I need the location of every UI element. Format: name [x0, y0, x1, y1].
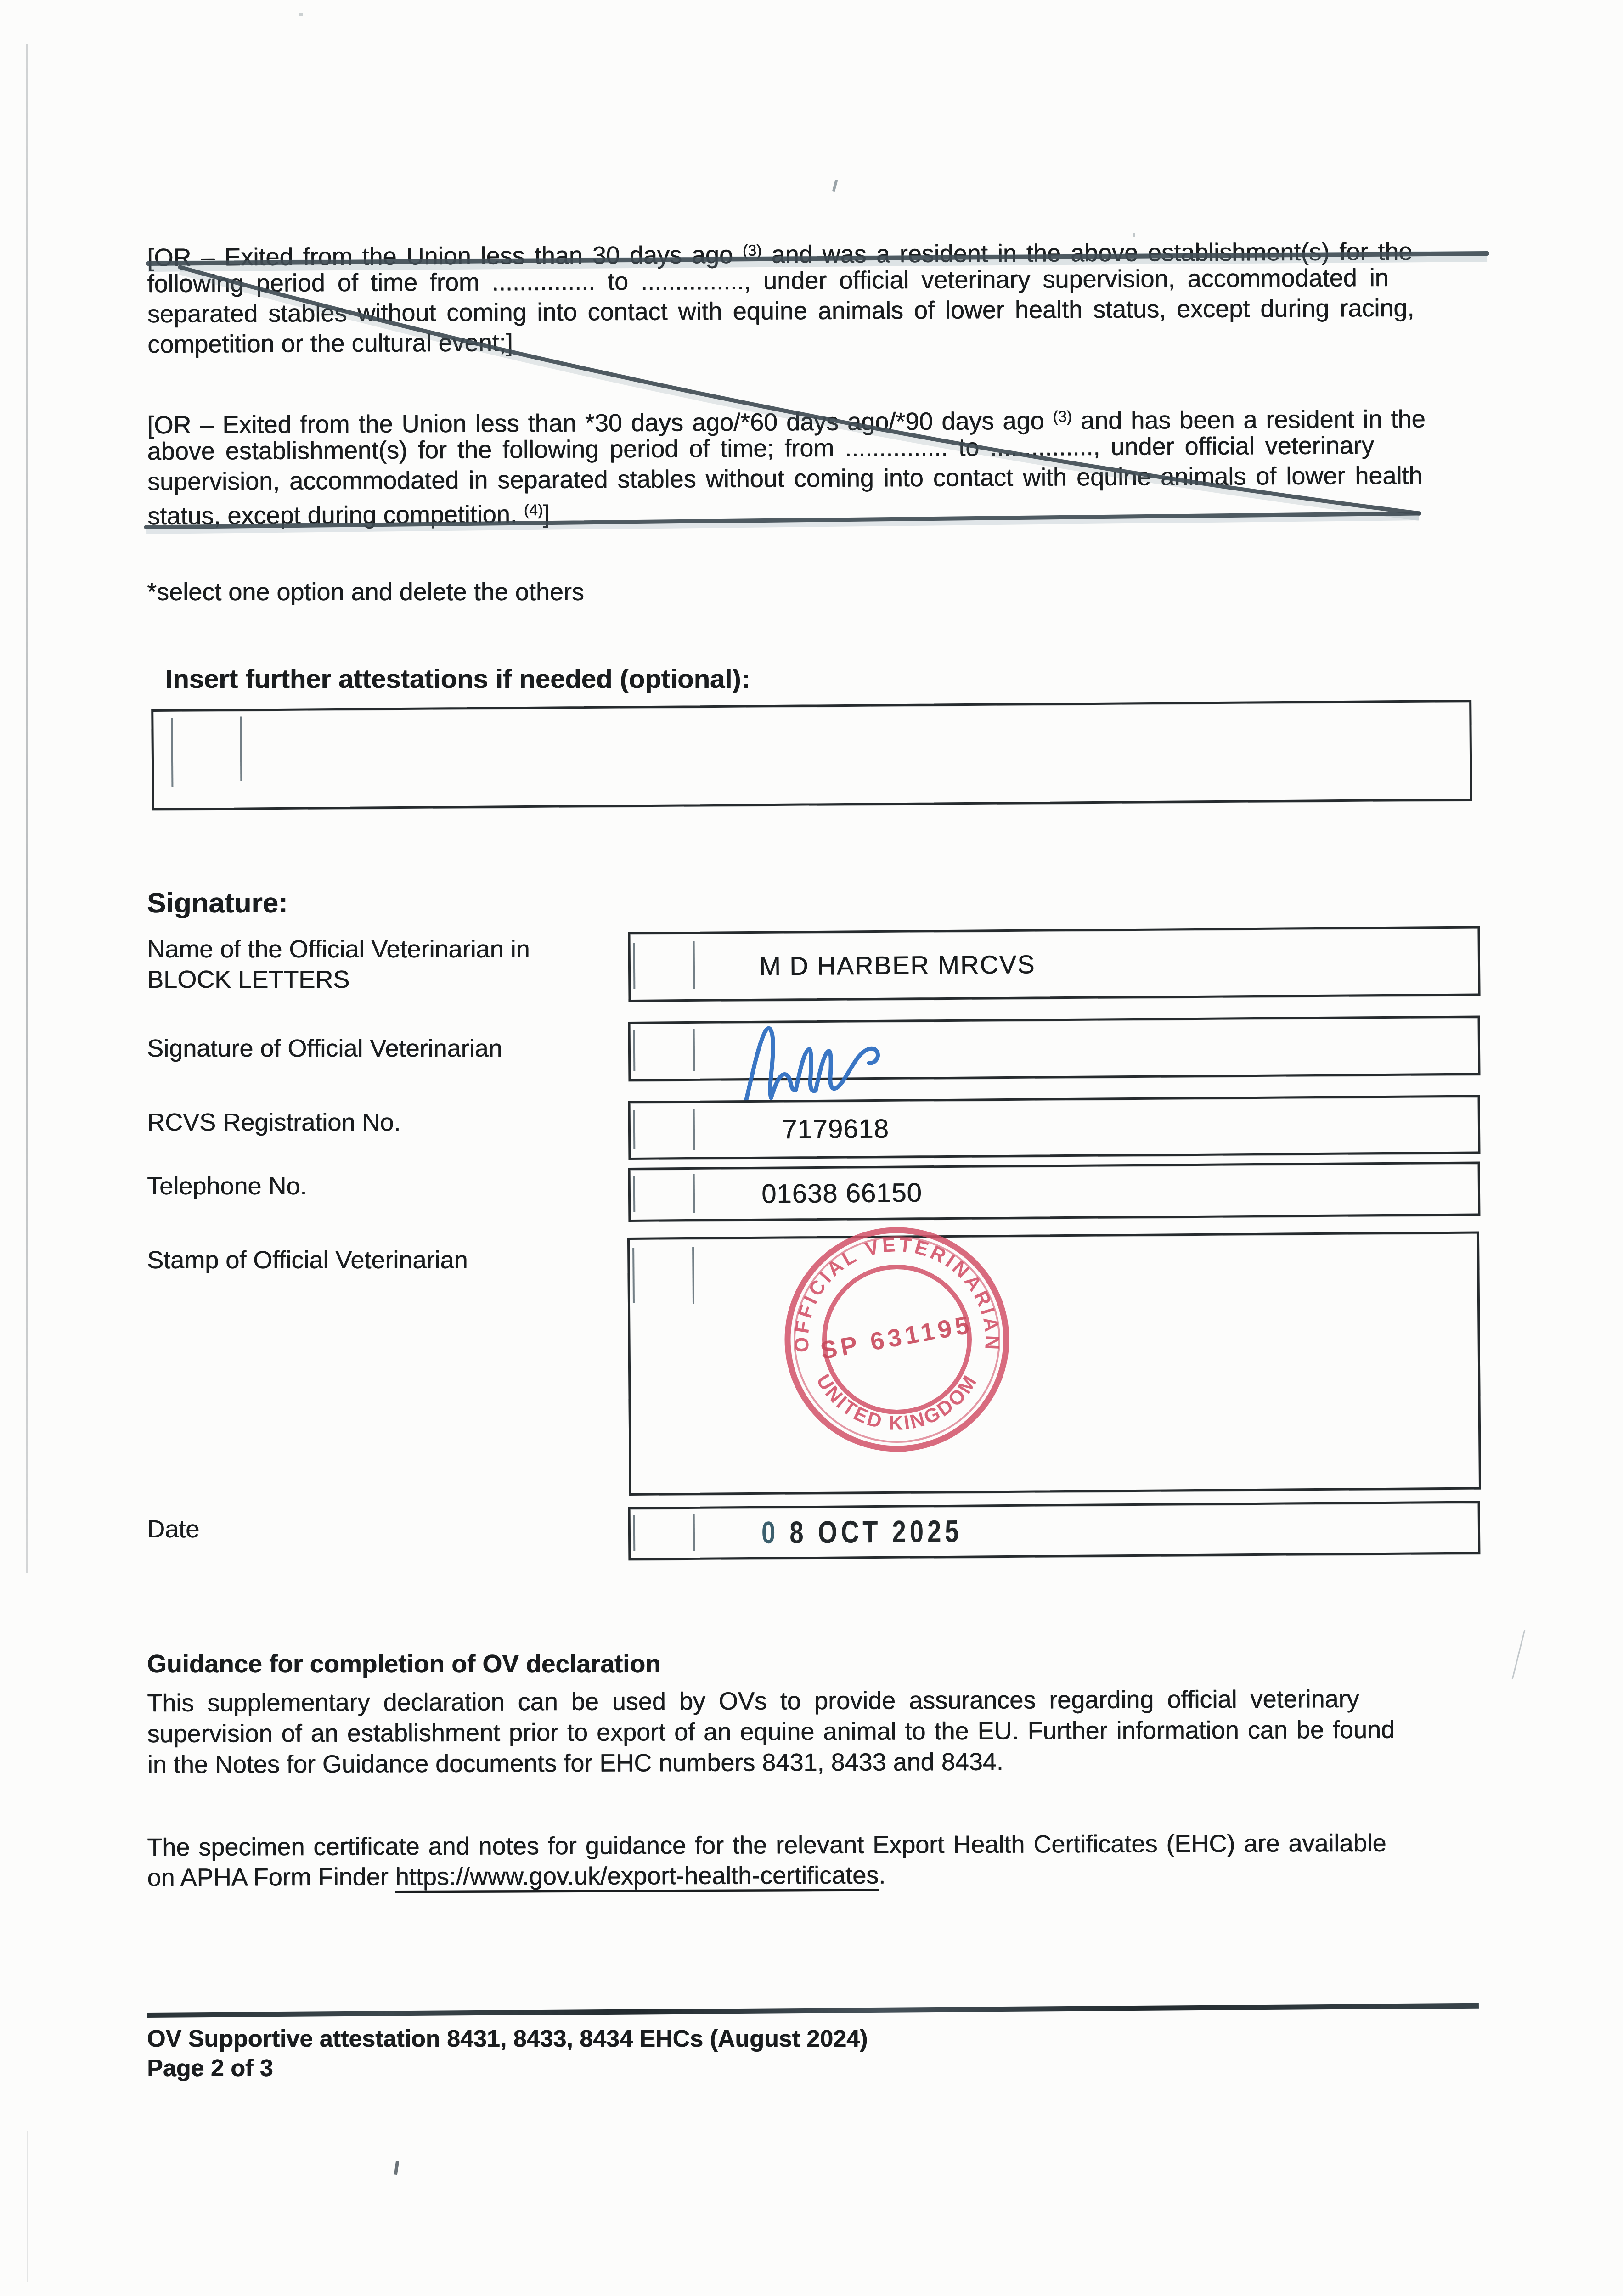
cell-divider-tick	[633, 1515, 636, 1551]
cell-divider-tick	[633, 1030, 636, 1071]
option1-paragraph: [OR – Exited from the Union less than 30…	[147, 232, 1484, 360]
guidance-line-3: in the Notes for Guidance documents for …	[147, 1745, 1483, 1780]
cell-divider-tick	[693, 941, 695, 989]
footnote-3-marker: (3)	[1053, 408, 1072, 425]
specimen-line-1: The specimen certificate and notes for g…	[147, 1828, 1483, 1863]
cell-divider-tick	[633, 943, 636, 989]
rcvs-label: RCVS Registration No.	[147, 1107, 400, 1137]
date-field-box: 0 8 OCT 2025	[628, 1501, 1481, 1560]
scan-edge-line-lower	[27, 2131, 28, 2282]
footer-page-number: Page 2 of 3	[147, 2054, 868, 2083]
scan-speck	[832, 180, 838, 192]
option2-line-4: status, except during competition. (4)]	[147, 490, 1484, 527]
option2-paragraph: [OR – Exited from the Union less than *3…	[147, 400, 1484, 527]
scan-speck	[394, 2161, 399, 2175]
stamp-label: Stamp of Official Veterinarian	[147, 1245, 468, 1275]
signature-heading: Signature:	[147, 888, 288, 918]
guidance-line-2: supervision of an establishment prior to…	[147, 1714, 1483, 1750]
cell-divider-tick	[171, 718, 173, 787]
guidance-heading: Guidance for completion of OV declaratio…	[147, 1649, 660, 1679]
date-label: Date	[147, 1514, 199, 1544]
scan-edge-line	[26, 44, 28, 1573]
cell-divider-tick	[240, 717, 242, 781]
date-stamp-value: 0 8 OCT 2025	[761, 1514, 963, 1551]
ehc-link[interactable]: https://www.gov.uk/export-health-certifi…	[395, 1861, 879, 1891]
specimen-paragraph: The specimen certificate and notes for g…	[147, 1828, 1483, 1893]
cell-divider-tick	[693, 1029, 695, 1071]
telephone-value: 01638 66150	[761, 1177, 922, 1210]
stamp-field-box	[627, 1231, 1481, 1496]
attestations-box	[151, 700, 1472, 810]
specimen-line-2: on APHA Form Finder https://www.gov.uk/e…	[147, 1858, 1483, 1893]
telephone-field-box: 01638 66150	[628, 1161, 1481, 1222]
cell-divider-tick	[693, 1174, 695, 1213]
scan-speck	[1512, 1630, 1526, 1679]
telephone-label: Telephone No.	[147, 1171, 307, 1201]
option1-line-4: competition or the cultural event;]	[147, 323, 1484, 360]
cell-divider-tick	[693, 1109, 695, 1150]
rcvs-value: 7179618	[782, 1113, 889, 1145]
guidance-paragraph: This supplementary declaration can be us…	[147, 1683, 1484, 1780]
scan-speck	[299, 13, 303, 16]
select-option-note: *select one option and delete the others	[147, 577, 584, 607]
cell-divider-tick	[693, 1514, 695, 1551]
footer-rule	[147, 2003, 1479, 2018]
cell-divider-tick	[633, 1176, 636, 1212]
guidance-line-1: This supplementary declaration can be us…	[147, 1683, 1483, 1719]
name-value: M D HARBER MRCVS	[759, 949, 1036, 981]
scanned-document-page: [OR – Exited from the Union less than 30…	[0, 0, 1623, 2296]
name-field-box: M D HARBER MRCVS	[628, 926, 1480, 1002]
name-label: Name of the Official Veterinarian in BLO…	[147, 934, 602, 995]
attestations-heading: Insert further attestations if needed (o…	[165, 664, 750, 694]
footnote-4-marker: (4)	[524, 501, 543, 519]
date-value-wrap: 0 8 OCT 2025	[761, 1513, 1013, 1551]
cell-divider-tick	[633, 1110, 636, 1149]
cell-divider-tick	[692, 1247, 694, 1304]
footnote-3-marker: (3)	[743, 242, 762, 259]
signature-field-box	[628, 1015, 1481, 1081]
footer: OV Supportive attestation 8431, 8433, 84…	[147, 2024, 868, 2083]
footer-document-title: OV Supportive attestation 8431, 8433, 84…	[147, 2024, 868, 2054]
cell-divider-tick	[632, 1248, 635, 1303]
rcvs-field-box: 7179618	[628, 1095, 1481, 1160]
signature-label: Signature of Official Veterinarian	[147, 1033, 502, 1064]
